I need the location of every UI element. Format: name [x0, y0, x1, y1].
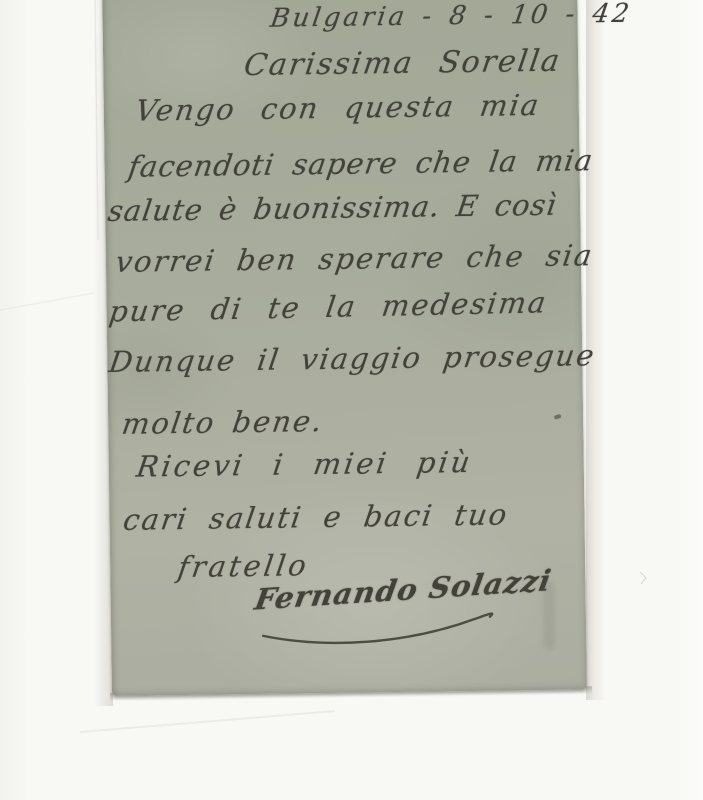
body-line: molto bene. [120, 404, 326, 441]
ink-speck [554, 414, 562, 420]
body-line: Dunque il viaggio prosegue [107, 338, 598, 379]
date-line: Bulgaria - 8 - 10 - 42 [268, 0, 634, 34]
postcard: Bulgaria - 8 - 10 - 42 Carissima Sorella… [102, 0, 587, 696]
body-line: salute è buonissima. E così [106, 188, 560, 228]
faint-pencil-marks [542, 580, 555, 650]
salutation-line: Carissima Sorella [242, 44, 564, 83]
body-line: Ricevi i miei più [134, 445, 475, 484]
scanned-page: Bulgaria - 8 - 10 - 42 Carissima Sorella… [0, 0, 703, 800]
body-line: pure di te la medesima [107, 285, 550, 328]
signature-flourish [257, 606, 512, 646]
body-line: cari saluti e baci tuo [121, 497, 511, 536]
body-line: facendoti sapere che la mia [126, 143, 595, 184]
closing-line: fratello [176, 548, 312, 584]
body-line: Vengo con questa mia [133, 88, 542, 128]
body-line: vorrei ben sperare che sia [113, 238, 595, 279]
